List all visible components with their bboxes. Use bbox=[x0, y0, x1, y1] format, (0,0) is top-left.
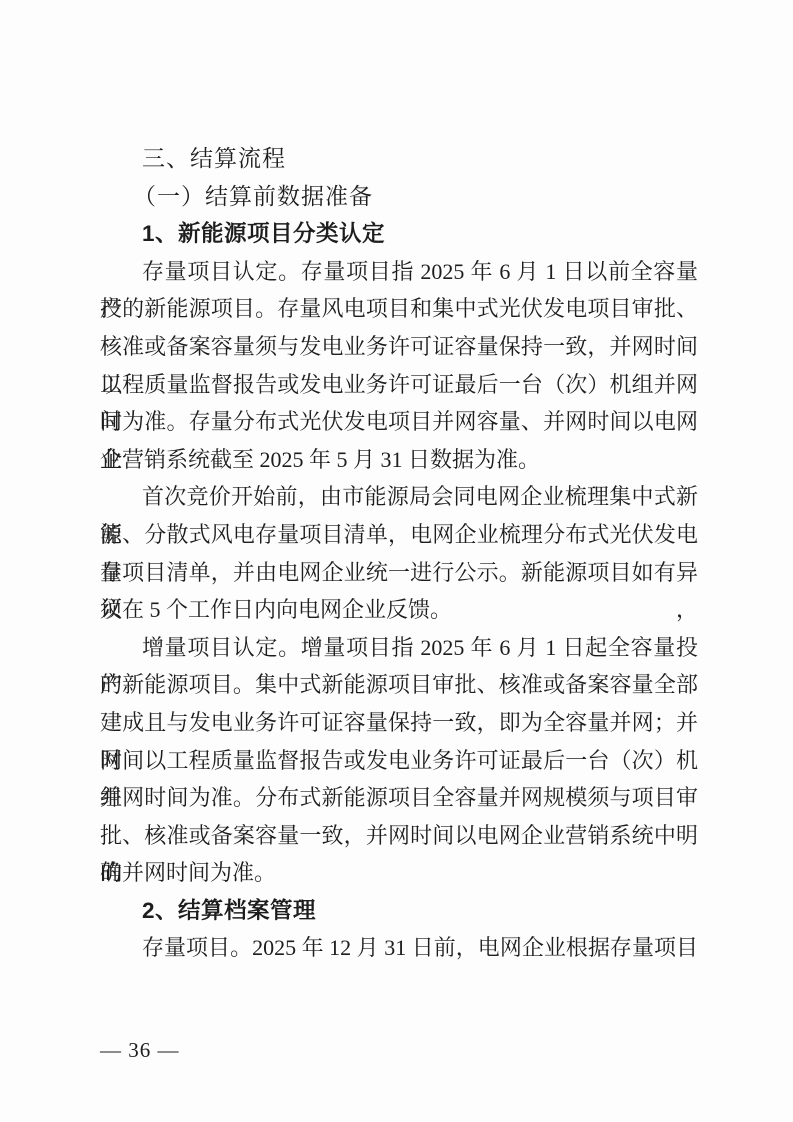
section-heading: 三、结算流程 bbox=[100, 140, 698, 178]
body-line: 间为准。存量分布式光伏发电项目并网容量、并网时间以电网企 bbox=[100, 403, 698, 441]
body-line: 产的新能源项目。存量风电项目和集中式光伏发电项目审批、 bbox=[100, 290, 698, 328]
clause-1-heading: 1、新能源项目分类认定 bbox=[100, 215, 698, 253]
body-line: 建成且与发电业务许可证容量保持一致，即为全容量并网；并网 bbox=[100, 704, 698, 742]
body-line: 批、核准或备案容量一致，并网时间以电网企业营销系统中明确 bbox=[100, 817, 698, 855]
document-body: 三、结算流程 （一）结算前数据准备 1、新能源项目分类认定 存量项目认定。存量项… bbox=[100, 140, 698, 967]
page-number: — 36 — bbox=[100, 1038, 180, 1063]
body-line: 存量项目。2025 年 12 月 31 日前，电网企业根据存量项目 bbox=[100, 929, 698, 967]
body-line: 并网时间为准。分布式新能源项目全容量并网规模须与项目审 bbox=[100, 779, 698, 817]
body-line: 增量项目认定。增量项目指 2025 年 6 月 1 日起全容量投产 bbox=[100, 629, 698, 667]
body-line: 存量项目认定。存量项目指 2025 年 6 月 1 日以前全容量投 bbox=[100, 253, 698, 291]
body-line: 业营销系统截至 2025 年 5 月 31 日数据为准。 bbox=[100, 441, 698, 479]
body-line: 首次竞价开始前，由市能源局会同电网企业梳理集中式新能 bbox=[100, 478, 698, 516]
document-page: 三、结算流程 （一）结算前数据准备 1、新能源项目分类认定 存量项目认定。存量项… bbox=[0, 0, 793, 1122]
body-line: 源、分散式风电存量项目清单，电网企业梳理分布式光伏发电存 bbox=[100, 516, 698, 554]
body-line: 核准或备案容量须与发电业务许可证容量保持一致，并网时间以 bbox=[100, 328, 698, 366]
body-line: 时间以工程质量监督报告或发电业务许可证最后一台（次）机组 bbox=[100, 742, 698, 780]
body-line: 的新能源项目。集中式新能源项目审批、核准或备案容量全部 bbox=[100, 666, 698, 704]
body-line: 的并网时间为准。 bbox=[100, 854, 698, 892]
body-line: 量项目清单，并由电网企业统一进行公示。新能源项目如有异议， bbox=[100, 554, 698, 592]
clause-2-heading: 2、结算档案管理 bbox=[100, 892, 698, 930]
subsection-heading: （一）结算前数据准备 bbox=[100, 178, 698, 216]
body-line: 工程质量监督报告或发电业务许可证最后一台（次）机组并网时 bbox=[100, 366, 698, 404]
